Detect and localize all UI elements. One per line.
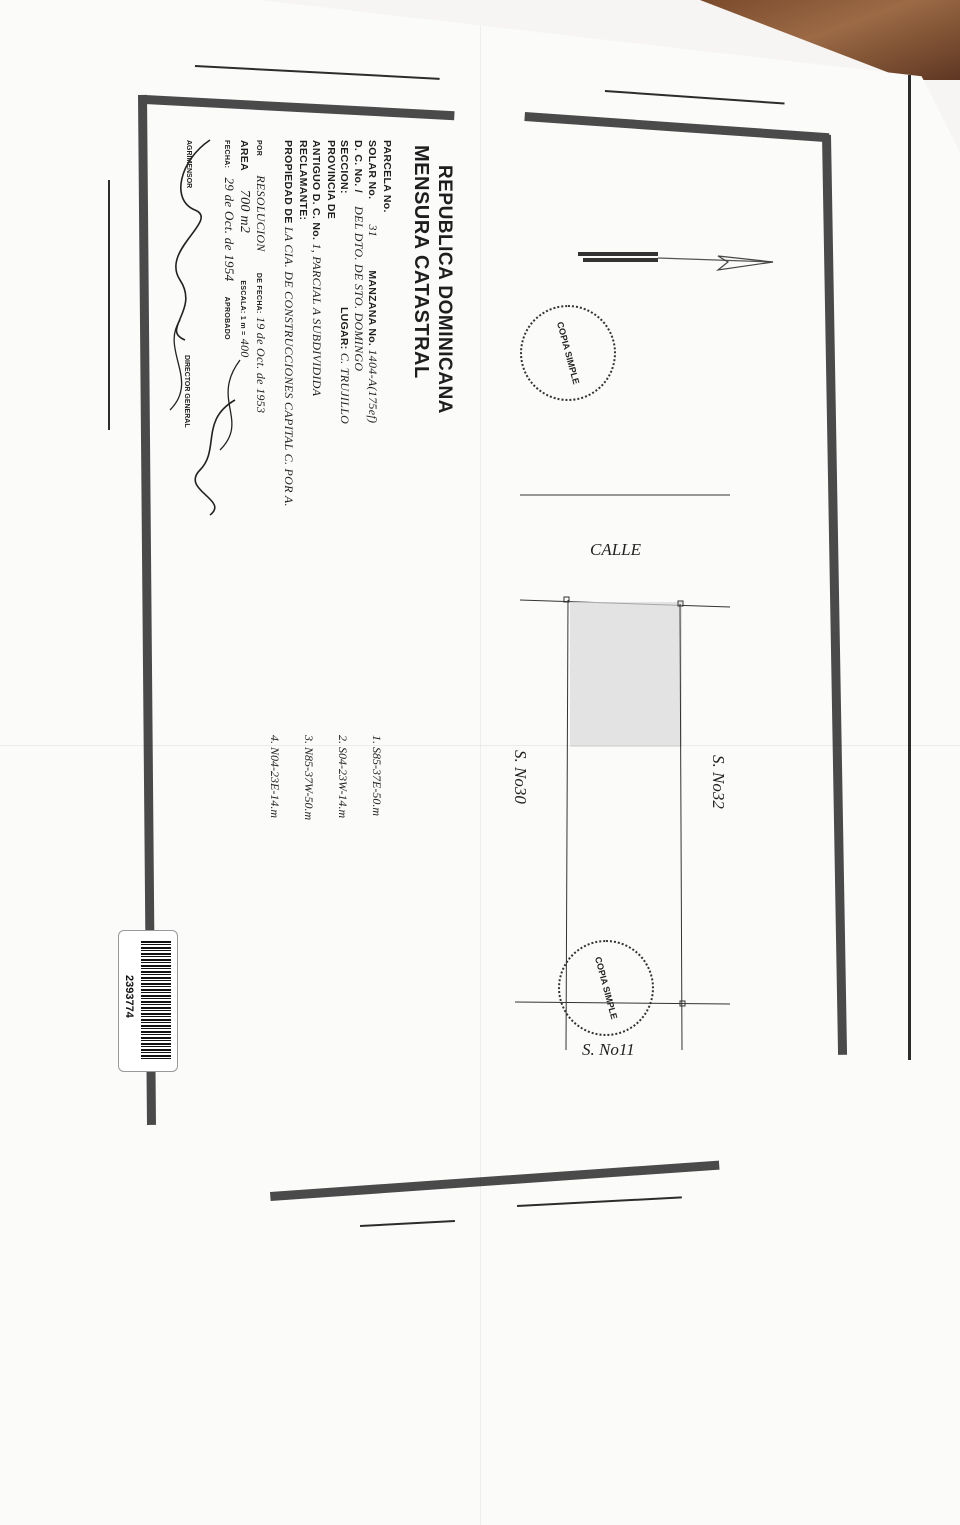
field-reclamante: RECLAMANTE:	[296, 140, 310, 220]
survey-document: REPUBLICA DOMINICANA MENSURA CATASTRAL P…	[0, 0, 960, 1525]
copy-stamp-bottom: COPIA SIMPLE	[558, 940, 654, 1036]
copy-stamp-top: COPIA SIMPLE	[520, 305, 616, 401]
frame-border-bottom	[270, 1161, 720, 1201]
barcode-number: 2393774	[123, 975, 135, 1018]
field-parcela: PARCELA No.	[380, 140, 394, 213]
frame-border-top-left	[145, 95, 455, 120]
field-dc: D. C. No. / DEL DTO. DE STO. DOMINGO	[351, 140, 366, 371]
signature-scribbles	[140, 120, 260, 520]
outer-line-top	[195, 65, 440, 80]
neighbor-north-label: S. No32	[708, 755, 728, 809]
field-propiedad: PROPIEDAD DE LA CIA. DE CONSTRUCCIONES C…	[281, 140, 296, 507]
field-antiguo-dc: ANTIGUO D. C. No. 1, PARCIAL A SUBDIVIDI…	[309, 140, 324, 396]
outer-line-left	[108, 180, 110, 430]
field-provincia: PROVINCIA DE	[324, 140, 338, 219]
barcode-icon	[141, 941, 171, 1061]
barcode-label: 2393774	[118, 930, 178, 1072]
neighbor-back-label: S. No11	[582, 1040, 635, 1060]
frame-border-top-right	[524, 112, 829, 142]
fold-line-horizontal	[0, 745, 960, 746]
frame-border-right	[822, 135, 847, 1055]
north-arrow-icon	[578, 248, 778, 278]
neighbor-south-label: S. No30	[510, 750, 530, 804]
street-label: CALLE	[590, 540, 641, 560]
outer-line-top-right	[605, 90, 785, 105]
bearing-1: 1. S85-37E-50.m	[369, 735, 384, 816]
outer-line-bottom-left	[360, 1220, 455, 1227]
field-seccion: SECCION: LUGAR: C. TRUJILLO	[337, 140, 352, 424]
outer-line-right	[908, 75, 911, 1060]
outer-line-bottom-right	[517, 1196, 682, 1207]
header-country: REPUBLICA DOMINICANA	[433, 165, 455, 414]
bearing-2: 2. S04-23W-14.m	[335, 735, 350, 818]
field-solar: SOLAR No. 31 MANZANA No. 1404-A(175ef)	[365, 140, 380, 423]
header-office: MENSURA CATASTRAL	[409, 145, 432, 379]
bearing-3: 3. N85-37W-50.m	[301, 735, 316, 820]
bearing-4: 4. N04-23E-14.m	[267, 735, 282, 818]
fold-line-vertical	[480, 0, 481, 1525]
